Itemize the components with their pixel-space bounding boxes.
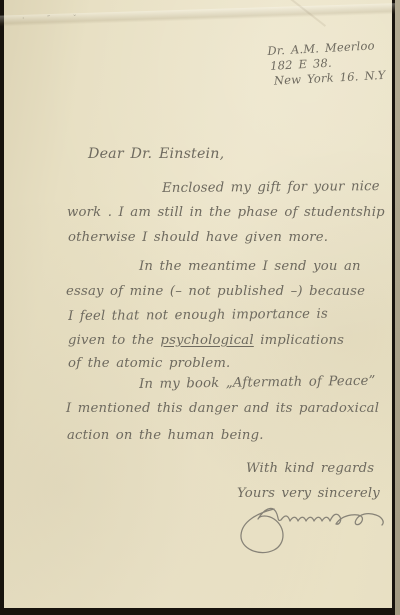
para2-line3: I feel that not enough importance is [68,307,328,324]
para1-line3: otherwise I should have given more. [68,230,328,245]
para2-line4-suffix: implications [254,333,344,348]
para2-line5: of the atomic problem. [68,356,230,371]
para2-line2: essay of mine (– not published –) becaus… [66,284,365,299]
underlined-word-psychological: psychological [160,333,253,348]
para2-line4: given to the psychological implications [68,333,344,348]
para3-line2: I mentioned this danger and its paradoxi… [66,401,379,416]
para2-line1: In the meantime I send you an [139,259,361,274]
scanned-letter: · ″ ˇ Dr. A.M. Meerloo 182 E 38. New Yor… [0,0,400,615]
scan-edge-strip [395,0,400,615]
pencil-marks: · ″ ˇ [22,14,86,23]
closing-regards: With kind regards [246,461,374,476]
salutation: Dear Dr. Einstein, [88,146,224,162]
signature-scrawl [241,508,383,552]
sender-address: Dr. A.M. Meerloo 182 E 38. New York 16. … [267,38,386,89]
para3-line3: action on the human being. [67,428,264,443]
para1-line1: Enclosed my gift for your nice [162,179,380,196]
para3-line1-book-title: In my book „Aftermath of Peace” [139,374,376,392]
signature [234,499,394,561]
para1-line2: work . I am still in the phase of studen… [67,205,385,220]
para2-line4-prefix: given to the [68,333,160,348]
letter-paper: · ″ ˇ Dr. A.M. Meerloo 182 E 38. New Yor… [4,0,392,608]
